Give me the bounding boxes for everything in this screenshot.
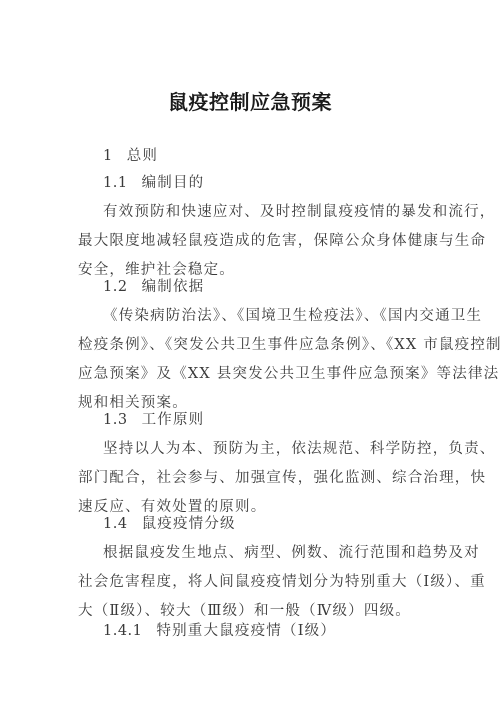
paragraph-line: 社会危害程度，将人间鼠疫疫情划分为特别重大（Ⅰ级）、重 bbox=[78, 573, 486, 591]
paragraph-line: 有效预防和快速应对、及时控制鼠疫疫情的暴发和流行， bbox=[103, 203, 496, 221]
section-title: 编制目的 bbox=[142, 175, 205, 191]
paragraph-line: 大（Ⅱ级）、较大（Ⅲ级）和一般（Ⅳ级）四级。 bbox=[78, 602, 411, 620]
section-number: 1.2 bbox=[103, 278, 128, 296]
paragraph-line: 部门配合，社会参与、加强宣传，强化监测、综合治理，快 bbox=[78, 469, 486, 487]
document-page: 鼠疫控制应急预案 1总则 1.1编制目的 有效预防和快速应对、及时控制鼠疫疫情的… bbox=[0, 0, 500, 708]
section-heading-1-4-1: 1.4.1特别重大鼠疫疫情（Ⅰ级） bbox=[103, 622, 336, 640]
paragraph-line: 检疫条例》、《突发公共卫生事件应急条例》、《XX 市鼠疫控制 bbox=[78, 336, 500, 354]
paragraph-line: 速反应、有效处置的原则。 bbox=[78, 498, 266, 516]
section-number: 1.1 bbox=[103, 174, 128, 192]
section-number: 1.4 bbox=[103, 515, 128, 533]
section-number: 1.3 bbox=[103, 411, 128, 429]
paragraph-line: 应急预案》及《XX 县突发公共卫生事件应急预案》等法律法 bbox=[78, 365, 499, 383]
section-title: 总则 bbox=[127, 148, 158, 164]
section-heading-1-4: 1.4鼠疫疫情分级 bbox=[103, 515, 236, 533]
paragraph-line: 坚持以人为本、预防为主，依法规范、科学防控，负责、 bbox=[103, 440, 496, 458]
section-title: 工作原则 bbox=[142, 412, 205, 428]
paragraph-line: 《传染病防治法》、《国境卫生检疫法》、《国内交通卫生 bbox=[103, 307, 482, 325]
paragraph-line: 最大限度地减轻鼠疫造成的危害，保障公众身体健康与生命 bbox=[78, 232, 486, 250]
section-number: 1 bbox=[103, 147, 113, 165]
section-title: 编制依据 bbox=[142, 279, 205, 295]
paragraph-line: 规和相关预案。 bbox=[78, 394, 188, 412]
section-heading-1-2: 1.2编制依据 bbox=[103, 278, 204, 296]
paragraph-line: 安全，维护社会稳定。 bbox=[78, 261, 235, 279]
section-heading-1-1: 1.1编制目的 bbox=[103, 174, 204, 192]
section-heading-1-3: 1.3工作原则 bbox=[103, 411, 204, 429]
paragraph-line: 根据鼠疫发生地点、病型、例数、流行范围和趋势及对 bbox=[103, 544, 480, 562]
section-number: 1.4.1 bbox=[103, 622, 142, 640]
section-heading-1: 1总则 bbox=[103, 147, 158, 165]
section-title: 特别重大鼠疫疫情（Ⅰ级） bbox=[156, 623, 336, 639]
section-title: 鼠疫疫情分级 bbox=[142, 516, 236, 532]
document-title: 鼠疫控制应急预案 bbox=[0, 86, 500, 115]
